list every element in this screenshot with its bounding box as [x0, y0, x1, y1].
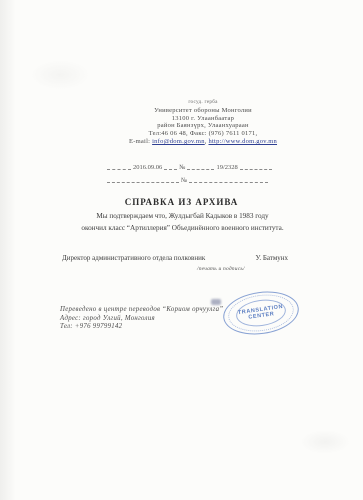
phone-fax-line: Тел:46 06 48, Факс: (976) 7611 0171, [110, 130, 296, 138]
certificate-body: Мы подтверждаем что, Жулдыгбай Кадыков в… [35, 209, 330, 234]
website-url: http://www.dom.gov.mn [209, 138, 278, 145]
scan-edge-shadow [0, 0, 16, 500]
dashed-line [107, 165, 131, 170]
translated-by-line: Переведено в центре переводов “Кориом ор… [60, 306, 223, 315]
dashed-line [107, 178, 179, 183]
blank-number-line: № [106, 175, 274, 184]
organization-name: Университет обороны Монголии [110, 107, 296, 115]
number-sign: № [180, 177, 188, 184]
signer-name: У. Батмунх [256, 254, 289, 262]
translator-address-line: Адрес: город Улгий, Монголия [60, 315, 223, 324]
dashed-line [164, 165, 177, 170]
scanned-certificate-page: госуд. герба Университет обороны Монголи… [0, 0, 363, 500]
separator: , [205, 138, 207, 145]
scan-artifact [30, 60, 90, 90]
district-line: район Баянзүрх, Улаанхуараан [110, 122, 296, 130]
document-title: СПРАВКА ИЗ АРХИВА [0, 197, 363, 207]
signer-position: Директор административного отдела полков… [62, 254, 205, 262]
dashed-line [189, 178, 268, 183]
reference-block: 2016.09.06 № 19/2328 № [106, 162, 274, 184]
email-address: info@dom.gov.mn [152, 138, 205, 145]
body-line-1: Мы подтверждаем что, Жулдыгбай Кадыков в… [35, 211, 330, 223]
email-label: E-mail: [129, 138, 150, 145]
signature-row: Директор административного отдела полков… [62, 254, 288, 262]
document-number: 19/2328 [215, 164, 238, 171]
seal-and-signature-note: /печать и подпись/ [197, 266, 245, 272]
translator-phone-line: Тел: +976 99799142 [60, 323, 223, 332]
ink-smudge-artifact [211, 299, 221, 305]
state-emblem-note: госуд. герба [110, 99, 296, 107]
translator-footer: Переведено в центре переводов “Кориом ор… [60, 306, 223, 332]
translation-center-stamp: TRANSLATION CENTER [220, 287, 301, 339]
postcode-city: 13100 г. Улаанбаатар [110, 115, 296, 123]
scan-artifact [300, 430, 350, 454]
stamp-center-text: TRANSLATION CENTER [220, 287, 301, 339]
letterhead: госуд. герба Университет обороны Монголи… [110, 99, 296, 146]
number-sign: № [178, 164, 186, 171]
body-line-2: окончил класс “Артиллерия” Объединённого… [35, 223, 330, 235]
document-date: 2016.09.06 [132, 164, 163, 171]
email-website-line: E-mail: info@dom.gov.mn, http://www.dom.… [110, 138, 296, 146]
dashed-line [187, 165, 214, 170]
date-number-line: 2016.09.06 № 19/2328 [106, 162, 274, 171]
dashed-line [240, 165, 272, 170]
